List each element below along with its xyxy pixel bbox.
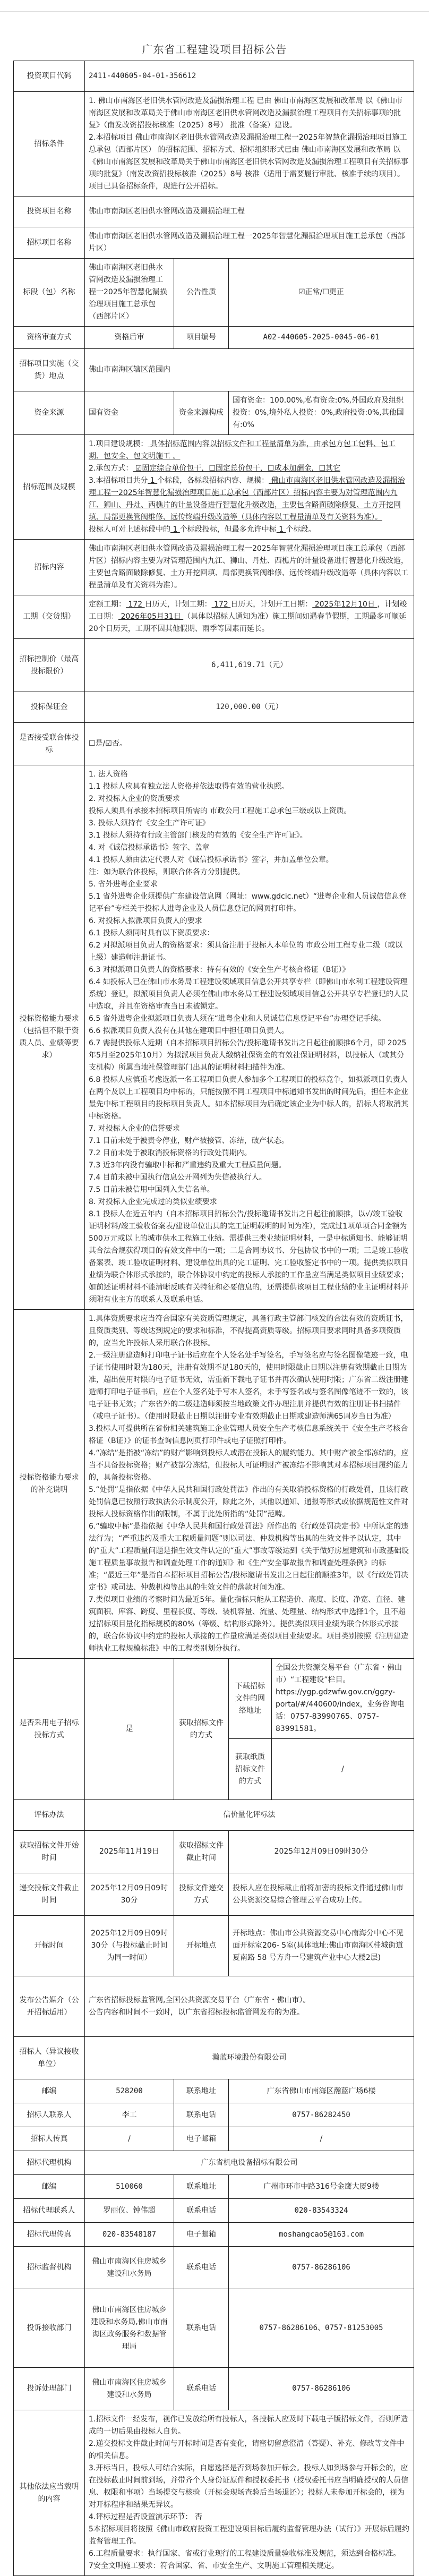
condition-para-2: 2.本招标项目 佛山市南海区老旧供水管网改造及漏损治理工程一2025年智慧化漏损… (89, 132, 410, 193)
qualification-line: 7.2 目前未处于被取消投标资格的行政处罚期内。 (89, 1147, 410, 1159)
note-line: 5.“处罚”是指依据《中华人民共和国行政处罚法》作出的有关取消投标资格的行政处罚… (89, 1484, 410, 1521)
note-line: 2.一级注册建造师打印电子证书后应在个人签名处手写签名，手写签名应与签名图像笔迹… (89, 1350, 410, 1423)
note-line: 1.具体资质要求应当符合国家有关资质管理规定，具备行政主管部门核发的合法有效的资… (89, 1313, 410, 1350)
qualification-line: 6.5 省外进粤企业拟派项目负责人须在“进粤企业和人员诚信信息登记平台”办理登记… (89, 1013, 410, 1025)
label: 是否接受联合体投标 (14, 723, 85, 765)
note-line: 6.“骗取中标”是指依据《中华人民共和国行政处罚法》所作出的《行政处罚决定书》中… (89, 1521, 410, 1594)
note-line: 3.投标人可提供所在省份相关建筑施工企业管理人员安全生产考核信息系统关于《安全生… (89, 1423, 410, 1447)
tender-notice-table: 投资项目代码 2411-440605-04-01-356612 招标条件 1. … (13, 61, 414, 2576)
label: 电子邮箱 (174, 2127, 229, 2151)
qualification-line: 3.1 投标人须持有行政主管部门核发的有效的《安全生产许可证》。 (89, 830, 410, 842)
label: 招标范围及规模 (14, 435, 85, 540)
others-line: 6.工程质量要求：执行国家、省或行业现行的工程建设质量验收标准及规范，须达到合格… (89, 2548, 410, 2560)
evaluation-value: 信价量化评标法 (85, 1800, 414, 1831)
row-supervision: 招标监督机构 佛山市南海区住房城乡建设和水务局 联系电话 0757-862861… (14, 2247, 414, 2289)
label: 联系地址 (174, 2079, 229, 2103)
label: 评标办法 (14, 1800, 85, 1831)
tenderer-phone: 0757-86282450 (229, 2103, 414, 2127)
row-complaint-handle: 投诉处理部门 佛山市南海区住房城乡建设和水务局 联系电话 0757-862861… (14, 2368, 414, 2410)
row-qualification-note: 投标资格能力要求的补充说明 1.具体资质要求应当符合国家有关资质管理规定，具备行… (14, 1310, 414, 1659)
row-tender-name: 招标项目名称 佛山市南海区老旧供水管网改造及漏损治理工程一2025年智慧化漏损治… (14, 227, 414, 259)
project-code-value: A02-440605-2025-0045-06-01 (229, 327, 414, 349)
label: 招标条件 (14, 92, 85, 197)
label: 招标项目实施（交货）地点 (14, 349, 85, 391)
label: 投资项目代码 (14, 61, 85, 92)
section-value: 佛山市南海区老旧供水管网改造及漏损治理工程一2025年智慧化漏损治理项目施工总承… (85, 259, 174, 327)
qualification-line: 投标人须具有承接本招标项目所需的 市政公用工程施工总承包三级或以上资质。 (89, 805, 410, 817)
label: 联系电话 (174, 2103, 229, 2127)
review-value: 资格后审 (85, 327, 174, 349)
doc-start-value: 2025年11月19日 (85, 1831, 174, 1873)
top-bar (0, 0, 429, 12)
qualification-line: 1.1 投标人应具有独立法人资格并依法取得有效的营业执照。 (89, 781, 410, 793)
row-agency-contact: 招标代理联系人 罗丽仪、钟伟超 联系电话 020-83543324 (14, 2199, 414, 2223)
qualification-line: 7.4 目前未被中国执行信息公开网列为失信被执行人。 (89, 1172, 410, 1184)
label: 电子邮箱 (174, 2223, 229, 2247)
label: 联系电话 (174, 2289, 229, 2368)
label: 资金来源 (14, 391, 85, 435)
deposit-value: 120,000.00（元） (85, 692, 414, 723)
row-content: 招标内容 佛山市南海区老旧供水管网改造及漏损治理工程一2025年智慧化漏损治理项… (14, 540, 414, 595)
complaint-handle-phone: 0757-86286106 (229, 2368, 414, 2410)
label: 是否采用电子招标投标方式 (14, 1659, 85, 1800)
row-control-price: 招标控制价（最高投标限价） 6,411,619.71（元） (14, 639, 414, 692)
media-value: 广东省招标投标监管网,全国公共资源交易平台（广东省・佛山市）。 公告内容和时间不… (85, 1976, 414, 2037)
qualification-line: 注：如为联合体投标，则联合体各方分别提供。 (89, 866, 410, 878)
label: 招标人（异议接收单位） (14, 2037, 85, 2079)
qualification-line: 6.1 投标人须同时具有以下资质要求： (89, 927, 410, 940)
label: 邮编 (14, 2079, 85, 2103)
qualification-line: 8.1 投标人在近五年内（自本招标项目招标公告/投标邀请书发出之日起往前顺推，以… (89, 1208, 410, 1306)
agency-email-link[interactable]: moshangcao5@163.com (229, 2223, 414, 2247)
opening-place-value: 开标地点：佛山市公共资源交易中心南海分中心不见面开标室206- 5室(具体地址:… (229, 1916, 414, 1976)
label: 邮编 (14, 2175, 85, 2199)
label: 其他依法应当载明的内容 (14, 2410, 85, 2576)
label: 联系电话 (174, 2368, 229, 2410)
label: 联系地址 (174, 2175, 229, 2199)
content-value: 佛山市南海区老旧供水管网改造及漏损治理工程一2025年智慧化漏损治理项目施工总承… (85, 540, 414, 595)
qualification-line: 6.3 对拟派项目负责人的资格要求：持有有效的《安全生产考核合格证（B证）》 (89, 964, 410, 976)
download-address-link[interactable]: 全国公共资源交易平台（广东省・佛山市）“工程建设”栏目。https://ygp.… (272, 1659, 414, 1739)
row-conditions: 招标条件 1. 佛山市南海区老旧供水管网改造及漏损治理工程 已由 佛山市南海区发… (14, 92, 414, 197)
label: 开标时间 (14, 1916, 85, 1976)
others-value: 1.招标文件一经发布，视作已发放给所有投标人，各投标人应及时下载电子版招标文件，… (85, 2410, 414, 2576)
scope-line-1: 1.项目建设规模： 具体招标范围内容以招标文件和工程量清单为准，由承包方包工包料… (89, 438, 410, 463)
agency-address: 广州市环市中路316号金鹰大厦9楼 (229, 2175, 414, 2199)
scope-value: 1.项目建设规模： 具体招标范围内容以招标文件和工程量清单为准，由承包方包工包料… (85, 435, 414, 540)
row-invest-name: 投资项目名称 佛山市南海区老旧供水管网改造及漏损治理工程 (14, 197, 414, 227)
qualification-line: 6.2 对拟派项目负责人的资格要求：须具备注册于投标人本单位的 市政公用工程专业… (89, 940, 410, 964)
label: 招标项目名称 (14, 227, 85, 259)
condition-para-1: 1. 佛山市南海区老旧供水管网改造及漏损治理工程 已由 佛山市南海区发展和改革局… (89, 95, 410, 132)
qualification-line: 1. 法人资格 (89, 769, 410, 781)
nature-value: ☑正常/☐更正 (229, 259, 414, 327)
label: 联系电话 (174, 2247, 229, 2289)
paper-label: 获取纸质招标文件的方式 (229, 1739, 272, 1800)
row-review: 资格审查方式 资格后审 项目编号 A02-440605-2025-0045-06… (14, 327, 414, 349)
label: 招标人传真 (14, 2127, 85, 2151)
label: 投标保证金 (14, 692, 85, 723)
label: 招标代理联系人 (14, 2199, 85, 2223)
label: 投诉处理部门 (14, 2368, 85, 2410)
qualification-line: 7.1 目前未处于被责令停业，财产被接管、冻结，破产状态。 (89, 1135, 410, 1147)
others-line: 2.递交投标文件截止时间与开标时间是否有变化，请密切留意澄清（答疑）、补充、修改… (89, 2438, 410, 2462)
others-line: 1.招标文件一经发布，视作已发放给所有投标人，各投标人应及时下载电子版招标文件，… (89, 2413, 410, 2438)
label: 招标控制价（最高投标限价） (14, 639, 85, 692)
tenderer-fax: / (85, 2127, 174, 2151)
label: 标段（包）名称 (14, 259, 85, 327)
label: 投诉接收部门 (14, 2289, 85, 2368)
agency-value: 广东省机电设备招标有限公司 (85, 2151, 414, 2175)
others-line: 5本招标项目将按照《佛山市政府投资工程建设项目标后履约监督管理办法（试行）》开展… (89, 2523, 410, 2548)
invest-name-value: 佛山市南海区老旧供水管网改造及漏损治理工程 (85, 197, 414, 227)
tender-name-value: 佛山市南海区老旧供水管网改造及漏损治理工程一2025年智慧化漏损治理项目施工总承… (85, 227, 414, 259)
row-funding: 资金来源 国有资金 资金来源构成 国有资金：100.00%,私有资金:0%,外国… (14, 391, 414, 435)
others-line: 3.开标当日，投标人可结合实际，自愿选择是否到场参加开标会。投标人如到场参与开标… (89, 2462, 410, 2511)
qualification-line: 6.6 拟派项目负责人没有在其他在建项目中担任项目负责人。 (89, 1025, 410, 1037)
tenderer-address: 广东省佛山市南海区瀚蓝广场6楼 (229, 2079, 414, 2103)
row-tenderer-contact: 招标人联系人 李工 联系电话 0757-86282450 (14, 2103, 414, 2127)
funding-structure-label: 资金来源构成 (174, 391, 229, 435)
media-line-1: 广东省招标投标监管网,全国公共资源交易平台（广东省・佛山市）。 (89, 1994, 410, 2007)
row-qualification: 投标资格能力要求（包括但不限于资质人员、业绩等要求） 1. 法人资格 1.1 投… (14, 765, 414, 1310)
qualification-note-value: 1.具体资质要求应当符合国家有关资质管理规定，具备行政主管部门核发的合法有效的资… (85, 1310, 414, 1659)
row-consortium: 是否接受联合体投标 ☐是/☑否。 (14, 723, 414, 765)
submit-method-value: 投标人应在投标截止前将加密的投标文件通过佛山市公共资源交易综合管理云平台成功上传… (229, 1873, 414, 1916)
qualification-line: 6. 对投标人拟派项目负责人的要求 (89, 915, 410, 927)
row-period: 工期（交货期） 定额工期： 172 日历天，计划工期： 172 日历天，计划开工… (14, 595, 414, 639)
label: 招标监督机构 (14, 2247, 85, 2289)
row-location: 招标项目实施（交货）地点 佛山市南海区辖区范围内 (14, 349, 414, 391)
label: 投标资格能力要求的补充说明 (14, 1310, 85, 1659)
qualification-line: 7.5 目前未被信用中国列入失信名单。 (89, 1184, 410, 1196)
qualification-line: 2. 对投标人企业的资质要求 (89, 793, 410, 805)
media-line-2: 公告内容和时间不一致时，以广东省招标投标监管网发布的为准。 (89, 2007, 410, 2019)
label: 招标代理传真 (14, 2223, 85, 2247)
opening-place-label: 开标地点 (174, 1916, 229, 1976)
row-media: 发布公告媒介（公开招标适用） 广东省招标投标监管网,全国公共资源交易平台（广东省… (14, 1976, 414, 2037)
page-title: 广东省工程建设项目招标公告 (0, 38, 429, 61)
row-submit: 递交投标文件截止时间 2025年12月09日09时30分 投标文件递交方式 投标… (14, 1873, 414, 1916)
qualification-line: 4.1 投标人须由法定代表人对《诚信投标承诺书》签字，并加盖单位公章。 (89, 854, 410, 866)
download-label: 下载招标文件的网络地址 (229, 1659, 272, 1739)
consortium-value: ☐是/☑否。 (85, 723, 414, 765)
row-complaint-receive: 投诉接收部门 佛山市南海区住房城乡建设和水务局,佛山市南海区政务服务和数据管理局… (14, 2289, 414, 2368)
row-invest-code: 投资项目代码 2411-440605-04-01-356612 (14, 61, 414, 92)
submit-deadline-value: 2025年12月09日09时30分 (85, 1873, 174, 1916)
row-tenderer: 招标人（异议接收单位） 瀚蓝环境股份有限公司 (14, 2037, 414, 2079)
others-line: 7安全文明施工要求：符合国家、省、市安全生产、文明施工管理相关规定。 (89, 2560, 410, 2572)
label: 招标人联系人 (14, 2103, 85, 2127)
control-price-value: 6,411,619.71（元） (85, 639, 414, 692)
location-value: 佛山市南海区辖区范围内 (85, 349, 414, 391)
agency-contact: 罗丽仪、钟伟超 (85, 2199, 174, 2223)
period-value: 定额工期： 172 日历天，计划工期： 172 日历天，计划开工日期： 2025… (85, 595, 414, 639)
scope-line-4: 投标人可对上述标段中的 1 个标段投标，但最多允许中标 1 个标段。 (89, 524, 410, 536)
note-line: 7.类似项目业绩的考察时间为最近5年。量化指标只能从工程造价、高度、长度、净宽、… (89, 1594, 410, 1655)
label: 资格审查方式 (14, 327, 85, 349)
label: 投资项目名称 (14, 197, 85, 227)
row-agency-fax: 招标代理传真 020-83548187 电子邮箱 moshangcao5@163… (14, 2223, 414, 2247)
row-tenderer-fax: 招标人传真 / 电子邮箱 / (14, 2127, 414, 2151)
label: 招标代理机构 (14, 2151, 85, 2175)
qualification-line: 6.7 需提供投标人近期（自本招标项目招标公告/投标邀请书发出之日起往前顺推6个… (89, 1037, 410, 1074)
label: 发布公告媒介（公开招标适用） (14, 1976, 85, 2037)
tenderer-zip: 528200 (85, 2079, 174, 2103)
supervision-phone: 0757-86286106 (229, 2247, 414, 2289)
label: 联系电话 (174, 2199, 229, 2223)
tenderer-contact: 李工 (85, 2103, 174, 2127)
qualification-line: 3. 投标人须持有《安全生产许可证》 (89, 817, 410, 830)
agency-fax: 020-83548187 (85, 2223, 174, 2247)
code-label: 项目编号 (174, 327, 229, 349)
scope-line-3: 3.本招标项目共分 1 个标段，各标段招标内容、规模： 佛山市南海区老旧供水管网… (89, 475, 410, 524)
row-others: 其他依法应当载明的内容 1.招标文件一经发布，视作已发放给所有投标人，各投标人应… (14, 2410, 414, 2576)
opening-time-value: 2025年12月09日09时30分（与投标截止时间为同一时间） (85, 1916, 174, 1976)
scope-line-2: 2.承包方式： ☑固定综合单价包干，☐固定总价包干，☐成本加酬金，☐其它 (89, 463, 410, 475)
tenderer-value: 瀚蓝环境股份有限公司 (85, 2037, 414, 2079)
complaint-handle-value: 佛山市南海区住房城乡建设和水务局 (85, 2368, 174, 2410)
label: 投标资格能力要求（包括但不限于资质人员、业绩等要求） (14, 765, 85, 1310)
label: 工期（交货期） (14, 595, 85, 639)
qualification-value: 1. 法人资格 1.1 投标人应具有独立法人资格并依法取得有效的营业执照。 2.… (85, 765, 414, 1310)
label: 递交投标文件截止时间 (14, 1873, 85, 1916)
invest-code-value: 2411-440605-04-01-356612 (85, 61, 414, 92)
funding-value: 国有资金 (85, 391, 174, 435)
row-section: 标段（包）名称 佛山市南海区老旧供水管网改造及漏损治理工程一2025年智慧化漏损… (14, 259, 414, 327)
funding-structure-value: 国有资金：100.00%,私有资金:0%,外国政府及组织投资：0%,境外私人投资… (229, 391, 414, 435)
electronic-value: 是 (85, 1659, 174, 1800)
qualification-line: 5.1 省外进粤企业须提供广东建设信息网（网址：www.gdcic.net）“进… (89, 891, 410, 915)
qualification-line: 7.3 近3年内没有骗取中标和严重违约及重大工程质量问题。 (89, 1159, 410, 1172)
qualification-line: 4. 对《诚信投标承诺书》签字、盖章 (89, 842, 410, 854)
complaint-receive-value: 佛山市南海区住房城乡建设和水务局,佛山市南海区政务服务和数据管理局 (85, 2289, 174, 2368)
agency-phone: 020-83543324 (229, 2199, 414, 2223)
note-line: 4.“冻结”是指被“冻结”的财产影响到投标人或潜在投标人的履约能力。其中财产被全… (89, 1447, 410, 1484)
row-evaluation: 评标办法 信价量化评标法 (14, 1800, 414, 1831)
others-line: 4.评标过程是否设置演示环节： 否 (89, 2511, 410, 2523)
complaint-receive-phone: 0757-86286106、0757-81253005 (229, 2289, 414, 2368)
qualification-line: 8. 对投标人企业完成过的类似业绩要求 (89, 1196, 410, 1208)
conditions-value: 1. 佛山市南海区老旧供水管网改造及漏损治理工程 已由 佛山市南海区发展和改革局… (85, 92, 414, 197)
label: 招标内容 (14, 540, 85, 595)
supervision-value: 佛山市南海区住房城乡建设和水务局 (85, 2247, 174, 2289)
qualification-line: 5. 省外进粤企业要求 (89, 878, 410, 891)
row-electronic-download: 是否采用电子招标投标方式 是 获取招标文件的方式 下载招标文件的网络地址 全国公… (14, 1659, 414, 1739)
submit-method-label: 投标文件递交方式 (174, 1873, 229, 1916)
nature-label: 公告性质 (174, 259, 229, 327)
row-deposit: 投标保证金 120,000.00（元） (14, 692, 414, 723)
agency-zip: 510060 (85, 2175, 174, 2199)
get-doc-label: 获取招标文件的方式 (174, 1659, 229, 1800)
paper-value: / (272, 1739, 414, 1800)
row-agency-zip: 邮编 510060 联系地址 广州市环市中路316号金鹰大厦9楼 (14, 2175, 414, 2199)
tenderer-email: / (229, 2127, 414, 2151)
qualification-line: 6.4 如投标人已在佛山市水务局工程建设领域项目信息公开共享专栏（即佛山市水利工… (89, 976, 410, 1013)
qualification-line: 7. 对投标人企业的信誉要求 (89, 1123, 410, 1135)
label: 获取招标文件开始时间 (14, 1831, 85, 1873)
row-opening: 开标时间 2025年12月09日09时30分（与投标截止时间为同一时间） 开标地… (14, 1916, 414, 1976)
row-tenderer-zip: 邮编 528200 联系地址 广东省佛山市南海区瀚蓝广场6楼 (14, 2079, 414, 2103)
qualification-line: 6.8 投标人应慎重考虑选派一名工程项目负责人参加多个工程项目的投标竞争，如拟派… (89, 1074, 410, 1123)
row-scope: 招标范围及规模 1.项目建设规模： 具体招标范围内容以招标文件和工程量清单为准，… (14, 435, 414, 540)
doc-end-label: 获取招标文件截止时间 (174, 1831, 229, 1873)
row-agency: 招标代理机构 广东省机电设备招标有限公司 (14, 2151, 414, 2175)
doc-end-value: 2025年12月09日09时30分 (229, 1831, 414, 1873)
row-doc-time: 获取招标文件开始时间 2025年11月19日 获取招标文件截止时间 2025年1… (14, 1831, 414, 1873)
